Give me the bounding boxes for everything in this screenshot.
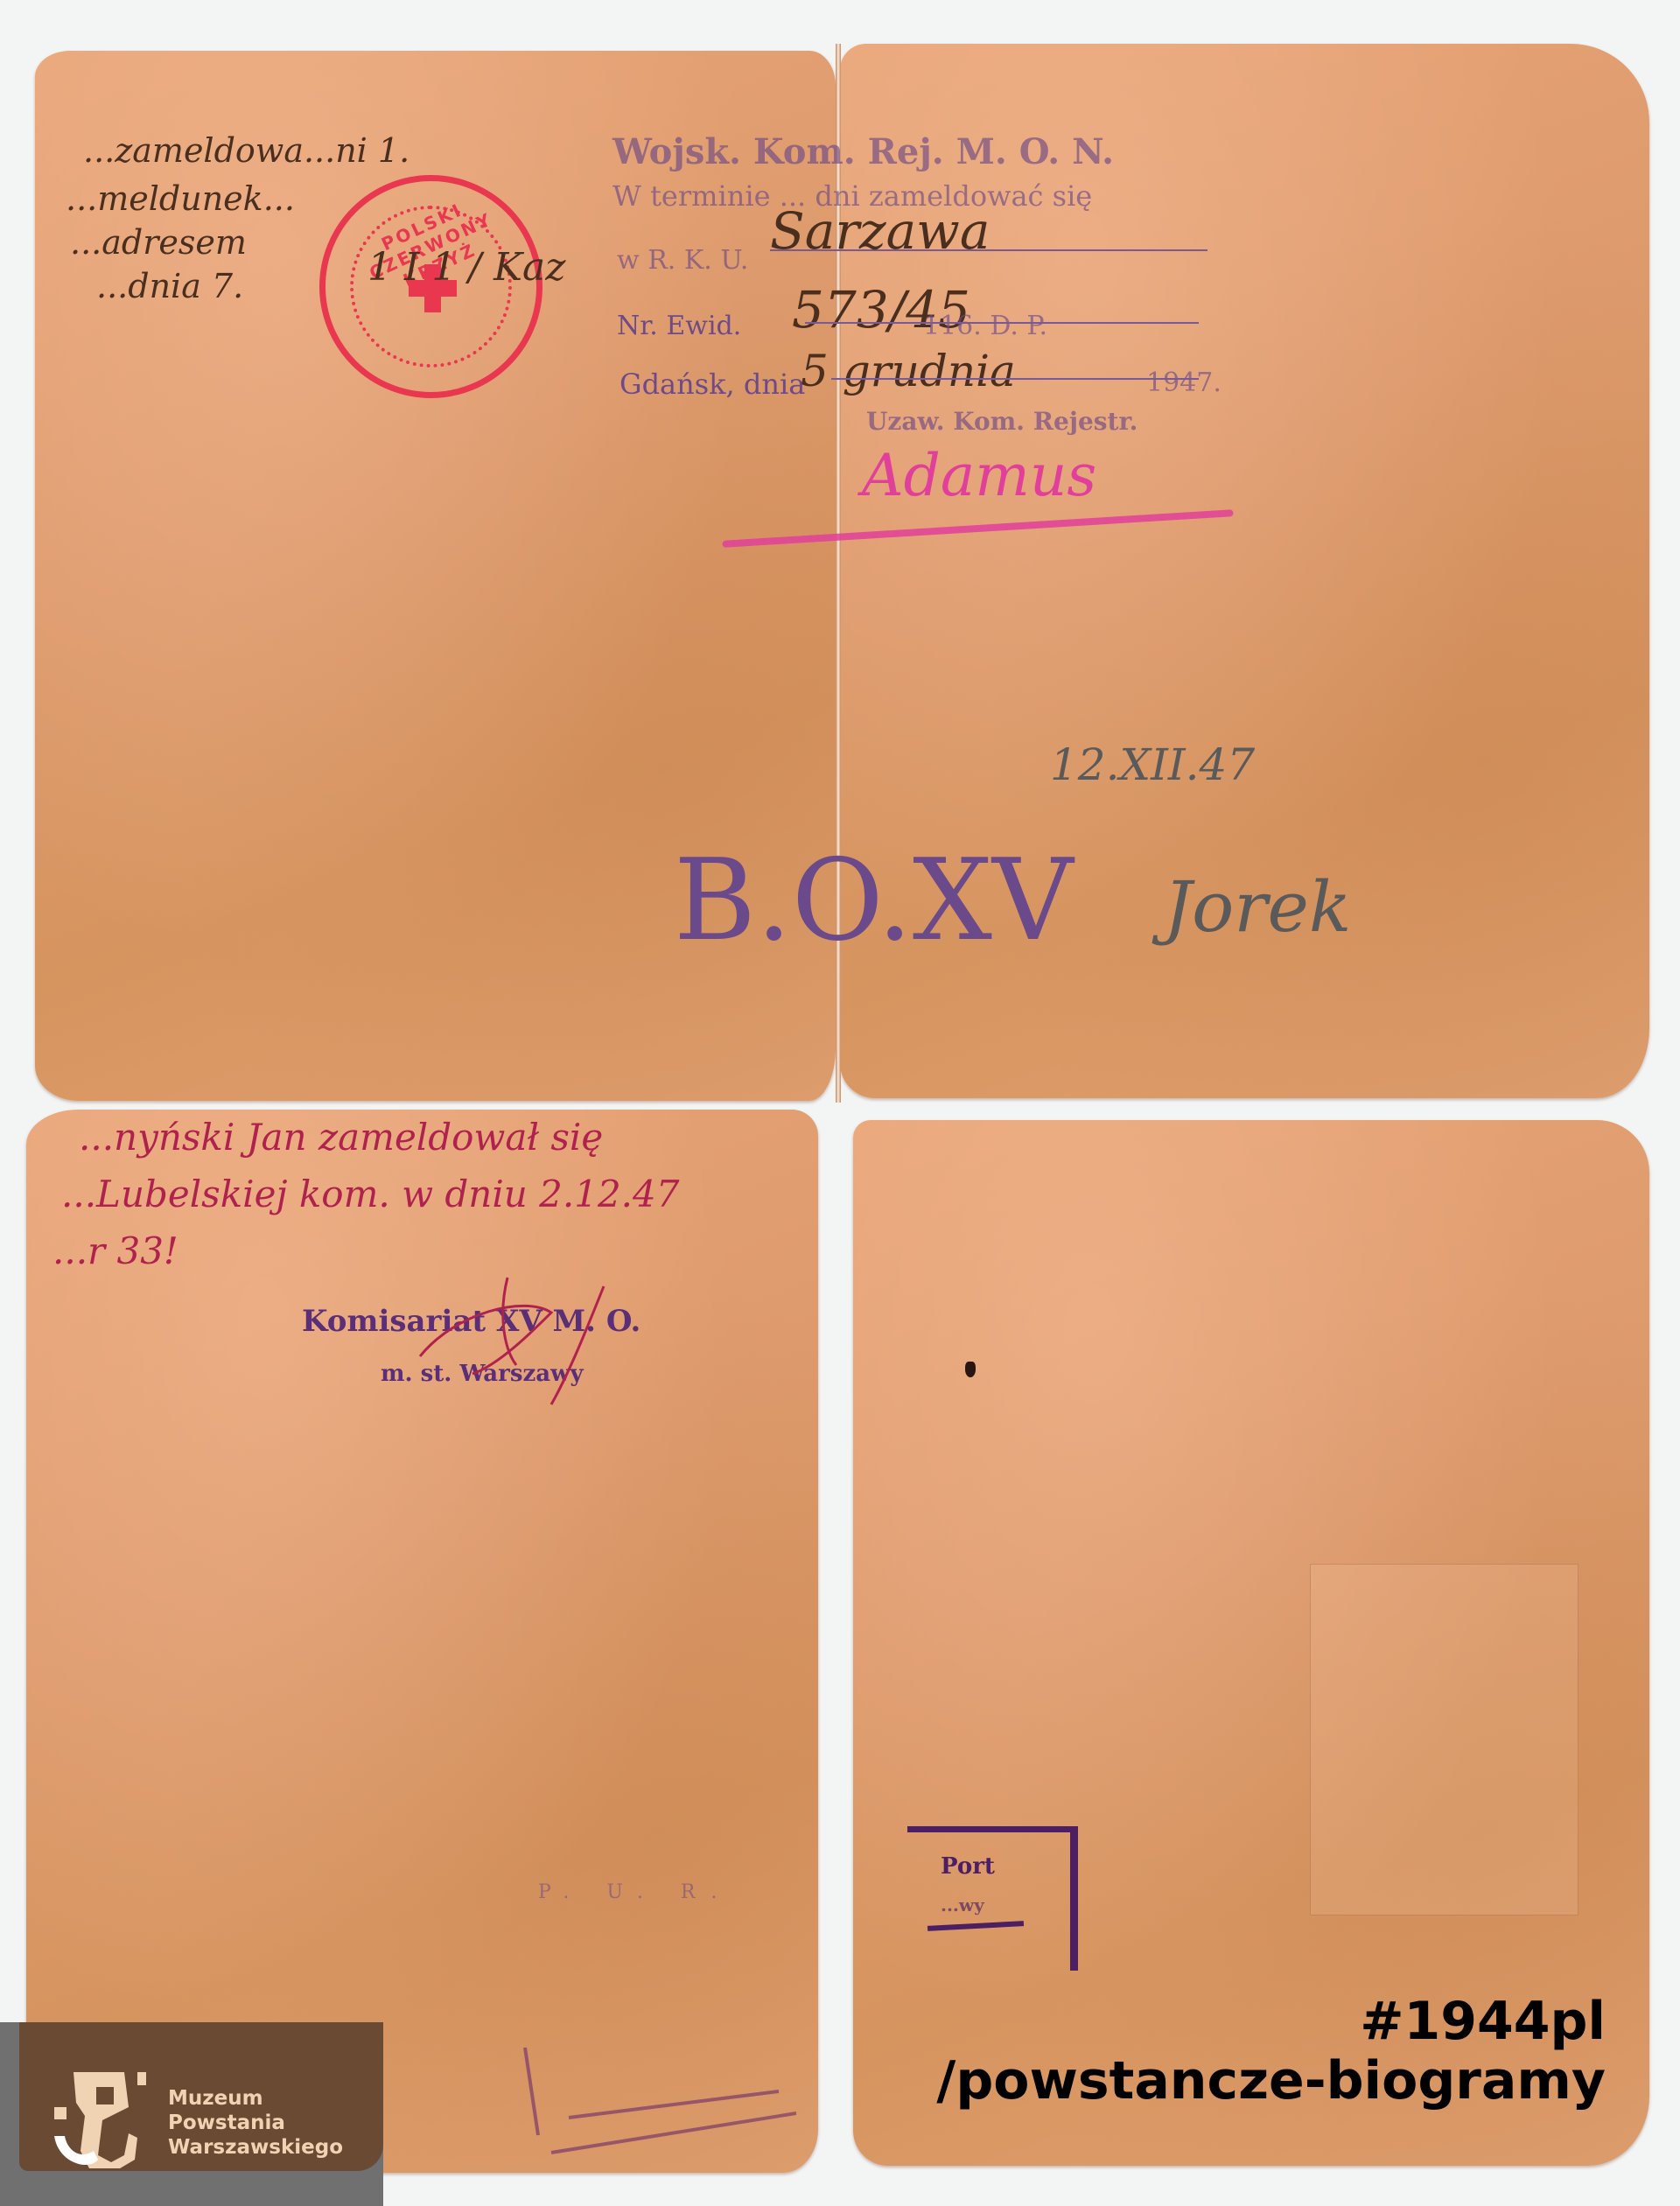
box-stamp-line2: ...wy (941, 1894, 984, 1915)
stamp-line-office: Wojsk. Kom. Rej. M. O. N. (612, 131, 1114, 172)
logo-line: Muzeum (168, 2086, 343, 2111)
faint-pencil-mark (516, 2039, 796, 2161)
handwriting-line: ...nyński Jan zameldował się (79, 1116, 603, 1159)
logo-line: Powstania (168, 2111, 343, 2135)
stamp-line-evid-no: Nr. Ewid. (617, 311, 741, 341)
stamp-annotation: 1 I 1 / Kaz (367, 245, 565, 290)
commander-signature: Adamus (862, 442, 1096, 509)
removed-photo-area (1310, 1564, 1578, 1915)
handwritten-destination: Sarzawa (770, 201, 990, 261)
stamp-line-place-date: Gdańsk, dnia (619, 368, 805, 401)
box-stamp-line1: Port (941, 1853, 995, 1880)
stamp-unit: 116. D. P. (923, 311, 1047, 341)
form-underline (831, 378, 1199, 380)
handwriting-line: ...zameldowa...ni 1. (83, 131, 409, 170)
museum-logo-block: Muzeum Powstania Warszawskiego (0, 2022, 383, 2206)
stamp-line-commander: Uzaw. Kom. Rejestr. (866, 407, 1137, 436)
biographies-path-label: /powstancze-biogramy (936, 2050, 1606, 2111)
pur-faint-stamp: P. U. R. (538, 1881, 732, 1903)
ink-blot (965, 1362, 976, 1377)
logo-text: Muzeum Powstania Warszawskiego (168, 2086, 343, 2160)
handwriting-line: ...meldunek... (66, 179, 295, 218)
box-stamp (907, 1826, 1078, 1971)
handwriting-line: ...adresem (70, 223, 247, 262)
anchor-kotwica-icon (54, 2068, 146, 2168)
handwritten-date: 5 grudnia (801, 346, 1016, 396)
pencil-signature: Jorek (1164, 866, 1351, 948)
logo-line: Warszawskiego (168, 2135, 343, 2160)
stamp-year: 1947. (1146, 368, 1221, 398)
station-signature (402, 1260, 621, 1409)
handwriting-line: ...dnia 7. (96, 267, 243, 305)
form-underline (805, 322, 1199, 324)
stamp-line-rku: w R. K. U. (617, 245, 748, 276)
bo-xv-stamp: B.O.XV (674, 836, 1073, 966)
handwriting-line: ...Lubelskiej kom. w dniu 2.12.47 (61, 1173, 679, 1215)
pencil-date: 12.XII.47 (1050, 739, 1255, 790)
hashtag-label: #1944pl (1360, 1991, 1606, 2052)
handwriting-line: ...r 33! (52, 1229, 178, 1272)
